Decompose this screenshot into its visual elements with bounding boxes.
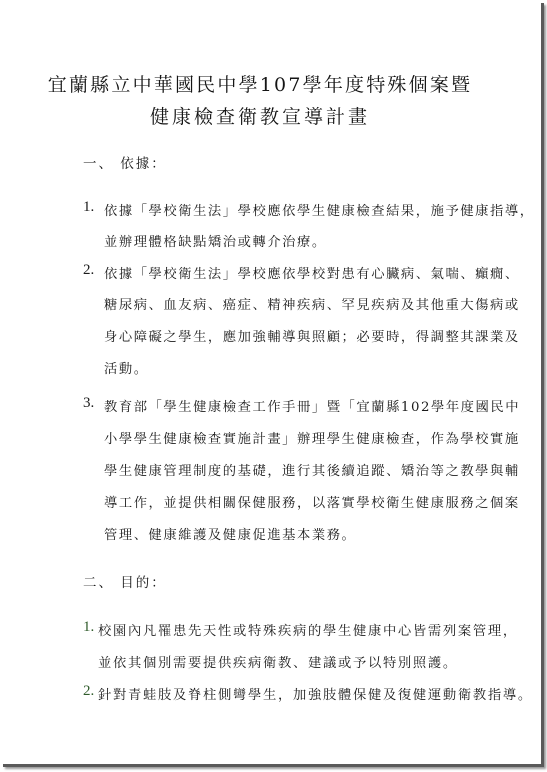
section-heading-purpose: 二、 目的： [83, 571, 167, 591]
list-item-line: 管理、健康維護及健康促進基本業務。 [104, 524, 356, 543]
list-item-line: 並辦理體格缺點矯治或轉介治療。 [104, 231, 327, 250]
section-heading-basis: 一、 依據： [83, 152, 167, 172]
list-item-line: 導工作，並提供相關保健服務，以落實學校衛生健康服務之個案 [104, 492, 520, 511]
list-item-line: 依據「學校衛生法」學校應依學校對患有心臟病、氣喘、癲癇、 [104, 263, 520, 282]
list-item-number: 1. [83, 199, 94, 216]
list-item-number: 2. [83, 683, 94, 700]
list-item-line: 並依其個別需要提供疾病衛教、建議或予以特別照護。 [98, 652, 458, 671]
list-item-line: 小學學生健康檢查實施計畫」辦理學生健康檢查，作為學校實施 [104, 428, 520, 447]
list-item-line: 教育部「學生健康檢查工作手冊」暨「宜蘭縣102學年度國民中 [104, 396, 520, 415]
list-item-number: 2. [83, 262, 94, 279]
list-item-number: 1. [83, 619, 94, 636]
list-item-line: 身心障礙之學生，應加強輔導與照顧；必要時，得調整其課業及 [104, 326, 520, 345]
list-item-line: 活動。 [104, 358, 149, 377]
list-item-line: 糖尿病、血友病、癌症、精神疾病、罕見疾病及其他重大傷病或 [104, 294, 520, 313]
list-item-line: 針對青蛙肢及脊柱側彎學生，加強肢體保健及復健運動衛教指導。 [98, 684, 533, 703]
list-item-number: 3. [83, 395, 94, 412]
list-item-line: 校園內凡罹患先天性或特殊疾病的學生健康中心皆需列案管理， [98, 620, 518, 639]
document-title-line-1: 宜蘭縣立中華國民中學107學年度特殊個案暨 [0, 70, 520, 97]
list-item-line: 依據「學校衛生法」學校應依學生健康檢查結果，施予健康指導， [104, 200, 535, 219]
document-page: 宜蘭縣立中華國民中學107學年度特殊個案暨 健康檢查衛教宣導計畫 一、 依據： … [0, 0, 541, 764]
list-item-line: 學生健康管理制度的基礎，進行其後續追蹤、矯治等之教學與輔 [104, 460, 520, 479]
document-title-line-2: 健康檢查衛教宣導計畫 [0, 102, 520, 129]
